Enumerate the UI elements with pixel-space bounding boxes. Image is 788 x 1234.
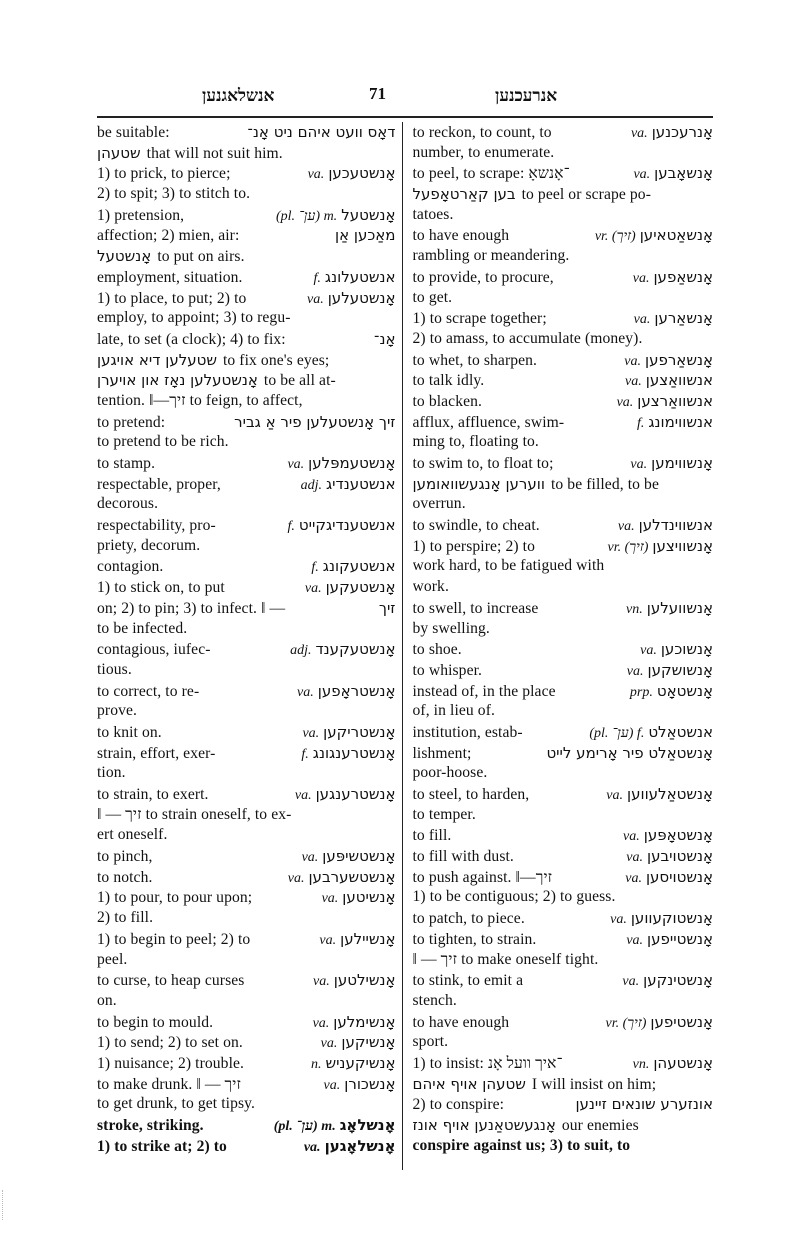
english-gloss: to whisper.: [413, 661, 483, 681]
english-gloss: to knit on.: [97, 723, 162, 743]
entry-line: to stink, to emit ava.אָנשטינקען: [413, 970, 714, 991]
english-gloss: to stamp.: [97, 454, 155, 474]
yiddish-headword: דאָס וועט איהם ניט אָנ־: [248, 122, 396, 143]
entry-line: respectability, pro-f.אנשטענדיגקייט: [97, 515, 396, 536]
entry-line: 1) to prick, to pierce;va.אָנשטעכען: [97, 163, 396, 184]
english-gloss: overrun.: [413, 494, 466, 515]
yiddish-headword: זיך: [379, 598, 396, 619]
yiddish-headword: שטעהן אויף איהם: [413, 1074, 526, 1095]
english-gloss: I will insist on him;: [532, 1075, 656, 1095]
grammar-label: vr. (זיך): [606, 1014, 651, 1033]
entry-line: to patch, to piece.va.אָנשטוקעווען: [413, 908, 714, 929]
entry-line: 1) to strike at; 2) tova.אָנשלאָגען: [97, 1136, 396, 1157]
english-gloss: to fill.: [413, 826, 452, 846]
english-gloss: to begin to mould.: [97, 1013, 213, 1033]
english-gloss: 1) to be contiguous; 2) to guess.: [413, 887, 616, 908]
yiddish-headword: אָנשטעמפּלען: [308, 453, 395, 474]
english-gloss: affection; 2) mien, air:: [97, 226, 239, 246]
english-gloss: 1) to prick, to pierce;: [97, 164, 231, 184]
yiddish-headword: אָנשטרענגונג: [313, 743, 396, 764]
english-gloss: 2) to spit; 3) to stitch to.: [97, 184, 250, 205]
yiddish-headword: אָנשטעקענד: [315, 639, 395, 660]
grammar-label: (pl. ען־) f.: [589, 724, 648, 743]
yiddish-headword: אָנשושקען: [648, 660, 714, 681]
entry-line: conspire against us; 3) to suit, to: [413, 1136, 714, 1157]
grammar-label: va.: [305, 579, 326, 598]
english-gloss: stench.: [413, 991, 457, 1012]
english-gloss: to be all at-: [264, 371, 336, 391]
english-gloss: poor-hoose.: [413, 763, 488, 784]
grammar-label: va.: [626, 931, 647, 950]
grammar-label: va.: [307, 290, 328, 309]
english-gloss: tatoes.: [413, 205, 454, 226]
grammar-label: va.: [625, 869, 646, 888]
english-gloss: to pretend to be rich.: [97, 432, 229, 453]
entry-line: peel.: [97, 950, 396, 971]
english-gloss: 1) nuisance; 2) trouble.: [97, 1054, 244, 1074]
entry-line: tion.: [97, 763, 396, 784]
yiddish-headword: אָנשטאָט: [657, 681, 713, 702]
grammar-label: va.: [324, 1076, 345, 1095]
english-gloss: 1) to begin to peel; 2) to: [97, 930, 250, 950]
yiddish-headword: אנשוואַצען: [646, 370, 713, 391]
entry-line: 1) to be contiguous; 2) to guess.: [413, 887, 714, 908]
yiddish-headword: אנשטאַלט: [648, 722, 713, 743]
entry-line: affection; 2) mien, air:מאַכען אַן: [97, 225, 396, 246]
grammar-label: va.: [622, 972, 643, 991]
yiddish-headword: אָנשאַרען: [654, 308, 713, 329]
grammar-label: va.: [319, 931, 340, 950]
entry-line: respectable, proper,adj.אנשטענדיג: [97, 474, 396, 495]
entry-line: poor-hoose.: [413, 763, 714, 784]
entry-line: to shoe.va.אָנשוכען: [413, 639, 714, 660]
yiddish-headword: אָנשאַטאיען: [640, 225, 713, 246]
entry-line: tious.: [97, 660, 396, 681]
grammar-label: va.: [624, 352, 645, 371]
entry-line: work.: [413, 577, 714, 598]
yiddish-headword: אָנשטאַלעווען: [627, 784, 713, 805]
yiddish-headword: אָנשטיפען: [650, 1012, 713, 1033]
grammar-label: va.: [288, 869, 309, 888]
english-gloss: to make drunk. ‖ — זיך: [97, 1075, 241, 1095]
english-gloss: employment, situation.: [97, 268, 243, 288]
english-gloss: 1) to place, to put; 2) to: [97, 289, 246, 309]
entry-line: ert oneself.: [97, 825, 396, 846]
grammar-label: f.: [301, 745, 312, 764]
english-gloss: 1) pretension,: [97, 206, 184, 226]
entry-line: to pretend:זיך אָנשטעלען פיר אַ גביר: [97, 412, 396, 433]
entry-line: to have enoughvr. (זיך)אָנשטיפען: [413, 1012, 714, 1033]
english-gloss: to whet, to sharpen.: [413, 351, 538, 371]
entry-line: to have enoughvr. (זיך)אָנשאַטאיען: [413, 225, 714, 246]
entry-line: contagion.f.אנשטעקונג: [97, 556, 396, 577]
entry-line: employment, situation.f.אנשטעלונג: [97, 267, 396, 288]
grammar-label: va.: [617, 393, 638, 412]
yiddish-headword: אָנשטעקען: [326, 577, 396, 598]
entry-line: late, to set (a clock); 4) to fix:אָנ־: [97, 329, 396, 350]
english-gloss: to temper.: [413, 805, 476, 826]
english-gloss: late, to set (a clock); 4) to fix:: [97, 330, 286, 350]
entry-line: ‖ — זיך to make oneself tight.: [413, 950, 714, 971]
left-guide-word: אנשלאגנען: [202, 86, 274, 106]
grammar-label: va.: [297, 683, 318, 702]
english-gloss: afflux, affluence, swim-: [413, 413, 565, 433]
english-gloss: to fix one's eyes;: [223, 351, 329, 371]
entry-line: ‖ — זיך to strain oneself, to ex-: [97, 805, 396, 826]
english-gloss: tious.: [97, 660, 132, 681]
yiddish-headword: אָנשאַפען: [653, 267, 713, 288]
grammar-label: va.: [630, 455, 651, 474]
english-gloss: 2) to amass, to accumulate (money).: [413, 329, 643, 350]
grammar-label: f.: [637, 414, 648, 433]
yiddish-headword: אנשטעקונג: [323, 556, 396, 577]
yiddish-headword: אנשווימונג: [648, 412, 713, 433]
english-gloss: tention. ‖—זיך to feign, to affect,: [97, 391, 303, 412]
entry-line: 2) to conspire:אונזערע שונאים זיינען: [413, 1094, 714, 1115]
entry-line: stroke, striking.(pl. ען־) m.אָנשלאָג: [97, 1115, 396, 1136]
entry-line: lishment;אָנשטאַלט פיר אָרימע לייט: [413, 743, 714, 764]
english-gloss: to notch.: [97, 868, 152, 888]
english-gloss: to tighten, to strain.: [413, 930, 537, 950]
grammar-label: f.: [314, 269, 325, 288]
yiddish-headword: אנשטענדיגקייט: [299, 515, 396, 536]
entry-line: 1) to place, to put; 2) tova.אָנשטעלען: [97, 288, 396, 309]
english-gloss: to fill with dust.: [413, 847, 514, 867]
grammar-label: n.: [311, 1055, 326, 1074]
english-gloss: sport.: [413, 1032, 449, 1053]
entry-line: שטעהן אויף איהםI will insist on him;: [413, 1074, 714, 1095]
yiddish-headword: אָנשוועלען: [647, 598, 713, 619]
entry-line: to curse, to heap cursesva.אָנשילטען: [97, 970, 396, 991]
entry-line: overrun.: [413, 494, 714, 515]
english-gloss: to have enough: [413, 226, 510, 246]
english-gloss: number, to enumerate.: [413, 143, 555, 164]
grammar-label: vr. (זיך): [595, 227, 640, 246]
english-gloss: on; 2) to pin; 3) to infect. ‖ —: [97, 599, 285, 619]
english-gloss: to put on airs.: [157, 247, 244, 267]
entry-line: to swindle, to cheat.va.אנשווינדלען: [413, 515, 714, 536]
grammar-label: va.: [304, 1138, 325, 1157]
grammar-label: adj.: [290, 641, 315, 660]
grammar-label: va.: [623, 827, 644, 846]
entry-line: שטעלען דיא אויגעןto fix one's eyes;: [97, 350, 396, 371]
english-gloss: 2) to conspire:: [413, 1095, 505, 1115]
entry-line: to knit on.va.אָנשטריקען: [97, 722, 396, 743]
entry-line: to whisper.va.אָנשושקען: [413, 660, 714, 681]
english-gloss: to provide, to procure,: [413, 268, 554, 288]
entry-line: to reckon, to count, tova.אָנרעכנען: [413, 122, 714, 143]
right-column: to reckon, to count, tova.אָנרעכנעןnumbe…: [403, 118, 714, 1170]
yiddish-headword: אָנשימלען: [333, 1012, 395, 1033]
grammar-label: va.: [610, 910, 631, 929]
english-gloss: to patch, to piece.: [413, 909, 525, 929]
grammar-label: va.: [633, 165, 654, 184]
yiddish-headword: אָנשטוקעווען: [631, 908, 713, 929]
english-gloss: to have enough: [413, 1013, 510, 1033]
yiddish-headword: אָנשטאַלט פיר אָרימע לייט: [546, 743, 713, 764]
english-gloss: to talk idly.: [413, 371, 485, 391]
grammar-label: va.: [626, 848, 647, 867]
yiddish-headword: אנשטעלונג: [325, 267, 396, 288]
grammar-label: va.: [302, 848, 323, 867]
entry-line: to talk idly.va.אנשוואַצען: [413, 370, 714, 391]
english-gloss: that will not suit him.: [147, 144, 283, 164]
yiddish-headword: אָנשטעלען: [328, 288, 396, 309]
entry-line: by swelling.: [413, 619, 714, 640]
english-gloss: peel.: [97, 950, 127, 971]
english-gloss: instead of, in the place: [413, 682, 556, 702]
yiddish-headword: אָנשטאָפּען: [644, 825, 713, 846]
english-gloss: to stink, to emit a: [413, 971, 524, 991]
grammar-label: vn.: [626, 600, 647, 619]
entry-line: to pinch,va.אָנשטשיפּען: [97, 846, 396, 867]
english-gloss: conspire against us; 3) to suit, to: [413, 1136, 631, 1157]
entry-line: decorous.: [97, 494, 396, 515]
grammar-label: (pl. ען־) m.: [274, 1117, 340, 1136]
entry-line: to be infected.: [97, 619, 396, 640]
grammar-label: va.: [313, 1014, 334, 1033]
english-gloss: contagion.: [97, 557, 163, 577]
yiddish-headword: אָנשטייפען: [647, 929, 713, 950]
grammar-label: va.: [308, 165, 329, 184]
entry-line: 1) pretension,(pl. ען־) m.אָנשטעל: [97, 205, 396, 226]
yiddish-headword: אָנשכורן: [344, 1074, 395, 1095]
yiddish-headword: מאַכען אַן: [335, 225, 396, 246]
english-gloss: rambling or meandering.: [413, 246, 570, 267]
yiddish-headword: אנשטענדיג: [326, 474, 396, 495]
yiddish-headword: אָנשטשערבען: [308, 867, 395, 888]
yiddish-headword: אָנשוויצען: [652, 536, 713, 557]
yiddish-headword: אָנשטראָפען: [318, 681, 396, 702]
entry-line: to swell, to increasevn.אָנשוועלען: [413, 598, 714, 619]
entry-line: to blacken.va.אנשוואַרצען: [413, 391, 714, 412]
columns: be suitable:דאָס וועט איהם ניט אָנ־שטעהן…: [97, 118, 713, 1170]
entry-line: be suitable:דאָס וועט איהם ניט אָנ־: [97, 122, 396, 143]
grammar-label: va.: [631, 124, 652, 143]
yiddish-headword: אָנשוכען: [661, 639, 713, 660]
entry-line: to swim to, to float to;va.אָנשווימען: [413, 453, 714, 474]
english-gloss: to correct, to re-: [97, 682, 199, 702]
entry-line: to whet, to sharpen.va.אָנשאַרפען: [413, 350, 714, 371]
entry-line: to steel, to harden,va.אָנשטאַלעווען: [413, 784, 714, 805]
yiddish-headword: אָנשלאָג: [340, 1115, 396, 1136]
yiddish-headword: אָנשווימען: [651, 453, 713, 474]
grammar-label: f.: [288, 517, 299, 536]
english-gloss: to reckon, to count, to: [413, 123, 552, 143]
entry-line: to strain, to exert.va.אָנשטרענגען: [97, 784, 396, 805]
yiddish-headword: אָנשיטען: [342, 887, 395, 908]
entry-line: to provide, to procure,va.אָנשאַפען: [413, 267, 714, 288]
yiddish-headword: אָנשטעל: [341, 205, 395, 226]
entry-line: בען קאַרטאָפעלto peel or scrape po-: [413, 184, 714, 205]
grammar-label: va.: [640, 641, 661, 660]
page-number: 71: [369, 84, 386, 104]
yiddish-headword: בען קאַרטאָפעל: [413, 184, 516, 205]
entry-line: to tighten, to strain.va.אָנשטייפען: [413, 929, 714, 950]
english-gloss: of, in lieu of.: [413, 701, 495, 722]
english-gloss: 1) to insist: ־איך וועל אָנ: [413, 1054, 563, 1074]
grammar-label: va.: [295, 786, 316, 805]
grammar-label: va.: [302, 724, 323, 743]
english-gloss: to pinch,: [97, 847, 152, 867]
entry-line: 1) to perspire; 2) tovr. (זיך)אָנשוויצען: [413, 536, 714, 557]
entry-line: to stamp.va.אָנשטעמפּלען: [97, 453, 396, 474]
entry-line: 1) nuisance; 2) trouble.n.אָנשיקעניש: [97, 1053, 396, 1074]
entry-line: to push against. ‖—זיךva.אָנשטויסען: [413, 867, 714, 888]
english-gloss: decorous.: [97, 494, 158, 515]
yiddish-headword: אָנרעכנען: [652, 122, 713, 143]
yiddish-headword: שטעלען דיא אויגען: [97, 350, 217, 371]
english-gloss: 1) to stick on, to put: [97, 578, 225, 598]
english-gloss: to strain, to exert.: [97, 785, 209, 805]
grammar-label: va.: [633, 269, 654, 288]
entry-line: to fill with dust.va.אָנשטויבען: [413, 846, 714, 867]
yiddish-headword: שטעהן: [97, 143, 141, 164]
english-gloss: by swelling.: [413, 619, 490, 640]
grammar-label: va.: [634, 310, 655, 329]
entry-line: on.: [97, 991, 396, 1012]
running-head: אנשלאגנען 71 אנרעכנען: [97, 80, 713, 112]
english-gloss: to blacken.: [413, 392, 483, 412]
entry-line: strain, effort, exer-f.אָנשטרענגונג: [97, 743, 396, 764]
english-gloss: our enemies: [562, 1116, 639, 1136]
yiddish-headword: אָנשטויבען: [647, 846, 713, 867]
english-gloss: ‖ — זיך to strain oneself, to ex-: [97, 805, 291, 826]
yiddish-headword: אָנשטעהן: [653, 1053, 713, 1074]
yiddish-headword: אָנשטינקען: [643, 970, 713, 991]
english-gloss: to swim to, to float to;: [413, 454, 554, 474]
entry-line: to peel, to scrape: ־אָנשאָva.אָנשאָבען: [413, 163, 714, 184]
entry-line: אָנשטעלען נאָז און אויערןto be all at-: [97, 370, 396, 391]
yiddish-headword: אָנשטעכען: [328, 163, 395, 184]
entry-line: prove.: [97, 701, 396, 722]
left-column: be suitable:דאָס וועט איהם ניט אָנ־שטעהן…: [97, 118, 402, 1170]
yiddish-headword: אָנשטויסען: [646, 867, 713, 888]
entry-line: institution, estab-(pl. ען־) f.אנשטאַלט: [413, 722, 714, 743]
english-gloss: 1) to strike at; 2) to: [97, 1137, 227, 1157]
grammar-label: va.: [627, 662, 648, 681]
entry-line: to get.: [413, 288, 714, 309]
entry-line: אָנשטעלto put on airs.: [97, 246, 396, 267]
yiddish-headword: אָנשאָבען: [654, 163, 713, 184]
yiddish-headword: ווערען אָנגעשוואומען: [413, 474, 545, 495]
yiddish-headword: אָנשיקעניש: [325, 1053, 395, 1074]
yiddish-headword: אנשווינדלען: [639, 515, 713, 536]
grammar-label: vn.: [633, 1055, 654, 1074]
entry-line: sport.: [413, 1032, 714, 1053]
entry-line: to pretend to be rich.: [97, 432, 396, 453]
english-gloss: 1) to pour, to pour upon;: [97, 888, 252, 908]
entry-line: ווערען אָנגעשוואומעןto be filled, to be: [413, 474, 714, 495]
entry-line: 1) to pour, to pour upon;va.אָנשיטען: [97, 887, 396, 908]
entry-line: instead of, in the placeprp.אָנשטאָט: [413, 681, 714, 702]
english-gloss: ert oneself.: [97, 825, 167, 846]
english-gloss: contagious, iufec-: [97, 640, 211, 660]
english-gloss: on.: [97, 991, 117, 1012]
entry-line: of, in lieu of.: [413, 701, 714, 722]
entry-line: afflux, affluence, swim-f.אנשווימונג: [413, 412, 714, 433]
english-gloss: to peel or scrape po-: [522, 185, 651, 205]
entry-line: rambling or meandering.: [413, 246, 714, 267]
english-gloss: respectable, proper,: [97, 475, 221, 495]
entry-line: to get drunk, to get tipsy.: [97, 1094, 396, 1115]
entry-line: to fill.va.אָנשטאָפּען: [413, 825, 714, 846]
entry-line: tatoes.: [413, 205, 714, 226]
entry-line: to begin to mould.va.אָנשימלען: [97, 1012, 396, 1033]
yiddish-headword: אָנשיילען: [340, 929, 395, 950]
yiddish-headword: אָנשטעלען נאָז און אויערן: [97, 370, 258, 391]
entry-line: אָנגעשטאַנען אויף אונזour enemies: [413, 1115, 714, 1136]
english-gloss: 1) to scrape together;: [413, 309, 547, 329]
grammar-label: va.: [313, 972, 334, 991]
yiddish-headword: אנשוואַרצען: [637, 391, 713, 412]
yiddish-headword: אָנשאַרפען: [645, 350, 713, 371]
english-gloss: prove.: [97, 701, 137, 722]
entry-line: 2) to spit; 3) to stitch to.: [97, 184, 396, 205]
english-gloss: to get.: [413, 288, 453, 309]
english-gloss: priety, decorum.: [97, 536, 200, 557]
entry-line: ming to, floating to.: [413, 432, 714, 453]
english-gloss: strain, effort, exer-: [97, 744, 215, 764]
entry-line: employ, to appoint; 3) to regu-: [97, 308, 396, 329]
entry-line: 1) to begin to peel; 2) tova.אָנשיילען: [97, 929, 396, 950]
english-gloss: respectability, pro-: [97, 516, 216, 536]
yiddish-headword: אָנשיקען: [341, 1032, 395, 1053]
grammar-label: prp.: [630, 683, 657, 702]
english-gloss: 2) to fill.: [97, 908, 153, 929]
grammar-label: (pl. ען־) m.: [276, 207, 341, 226]
english-gloss: 1) to perspire; 2) to: [413, 537, 536, 557]
english-gloss: to steel, to harden,: [413, 785, 530, 805]
english-gloss: to peel, to scrape: ־אָנשאָ: [413, 164, 570, 184]
entry-line: 1) to send; 2) to set on.va.אָנשיקען: [97, 1032, 396, 1053]
scan-artifact: [2, 1190, 5, 1220]
grammar-label: va.: [322, 889, 343, 908]
grammar-label: va.: [287, 455, 308, 474]
entry-line: 2) to amass, to accumulate (money).: [413, 329, 714, 350]
english-gloss: work.: [413, 577, 449, 598]
right-guide-word: אנרעכנען: [495, 86, 557, 106]
english-gloss: 1) to send; 2) to set on.: [97, 1033, 243, 1053]
yiddish-headword: אָנשטריקען: [323, 722, 395, 743]
entry-line: number, to enumerate.: [413, 143, 714, 164]
yiddish-headword: אָנגעשטאַנען אויף אונז: [413, 1115, 556, 1136]
english-gloss: institution, estab-: [413, 723, 523, 743]
grammar-label: f.: [311, 558, 322, 577]
english-gloss: to shoe.: [413, 640, 462, 660]
entry-line: tention. ‖—זיך to feign, to affect,: [97, 391, 396, 412]
dictionary-page: אנשלאגנען 71 אנרעכנען be suitable:דאָס ו…: [97, 80, 713, 1170]
entry-line: work hard, to be fatigued with: [413, 556, 714, 577]
yiddish-headword: זיך אָנשטעלען פיר אַ גביר: [234, 412, 395, 433]
grammar-label: va.: [321, 1034, 342, 1053]
yiddish-headword: אָנשילטען: [334, 970, 396, 991]
english-gloss: to get drunk, to get tipsy.: [97, 1094, 255, 1115]
entry-line: stench.: [413, 991, 714, 1012]
english-gloss: ‖ — זיך to make oneself tight.: [413, 950, 599, 971]
english-gloss: ming to, floating to.: [413, 432, 539, 453]
english-gloss: work hard, to be fatigued with: [413, 556, 605, 577]
grammar-label: va.: [625, 372, 646, 391]
entry-line: to correct, to re-va.אָנשטראָפען: [97, 681, 396, 702]
english-gloss: to swell, to increase: [413, 599, 539, 619]
grammar-label: va.: [606, 786, 627, 805]
entry-line: 1) to stick on, to putva.אָנשטעקען: [97, 577, 396, 598]
entry-line: contagious, iufec-adj.אָנשטעקענד: [97, 639, 396, 660]
yiddish-headword: אָנ־: [374, 329, 395, 350]
yiddish-headword: אָנשלאָגען: [325, 1136, 396, 1157]
grammar-label: vr. (זיך): [608, 538, 653, 557]
